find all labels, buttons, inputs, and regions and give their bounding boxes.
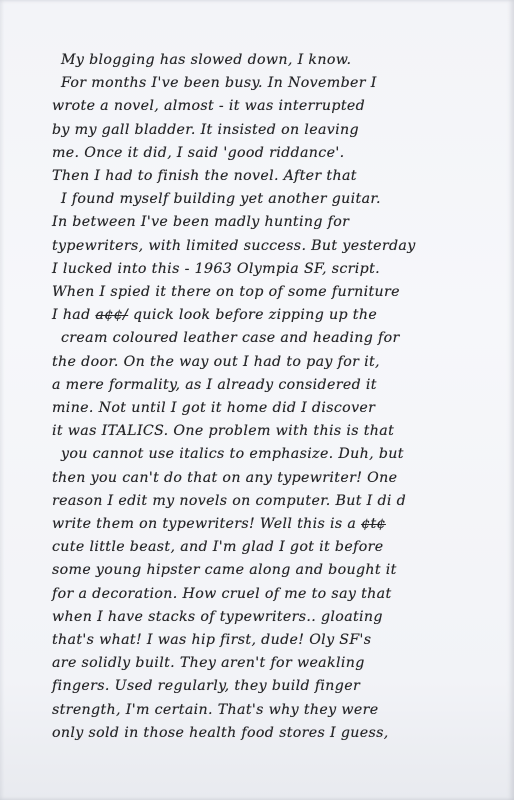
line-text: write them on typewriters! Well this is … [52, 516, 361, 532]
text-line: cream coloured leather case and heading … [61, 330, 400, 346]
text-line: are solidly built. They aren't for weakl… [52, 655, 365, 671]
text-line: mine. Not until I got it home did I disc… [52, 400, 375, 416]
text-line: typewriters, with limited success. But y… [52, 238, 416, 254]
text-line: it was ITALICS. One problem with this is… [52, 423, 394, 439]
text-line: fingers. Used regularly, they build fing… [52, 678, 360, 694]
text-line: reason I edit my novels on computer. But… [52, 493, 406, 509]
text-line: I had a¢¢/ quick look before zipping up … [52, 307, 377, 323]
text-line: Then I had to finish the novel. After th… [52, 168, 357, 184]
text-line: then you can't do that on any typewriter… [52, 470, 397, 486]
text-line: me. Once it did, I said 'good riddance'. [52, 145, 344, 161]
line-text: quick look before zipping up the [128, 307, 377, 323]
text-line: For months I've been busy. In November I [61, 75, 377, 91]
text-line: strength, I'm certain. That's why they w… [52, 702, 378, 718]
strikeout-correction: a¢¢/ [95, 307, 128, 323]
text-line: by my gall bladder. It insisted on leavi… [52, 122, 359, 138]
text-line: some young hipster came along and bought… [52, 562, 397, 578]
strikeout-correction: ¢t¢ [361, 516, 386, 532]
text-line: a mere formality, as I already considere… [52, 377, 377, 393]
line-text: I had [52, 307, 95, 323]
typed-text-body: My blogging has slowed down, I know.For … [0, 0, 514, 800]
text-line: only sold in those health food stores I … [52, 725, 389, 741]
typewritten-page: My blogging has slowed down, I know.For … [0, 0, 514, 800]
text-line: the door. On the way out I had to pay fo… [52, 354, 380, 370]
text-line: I lucked into this - 1963 Olympia SF, sc… [52, 261, 380, 277]
text-line: when I have stacks of typewriters.. gloa… [52, 609, 383, 625]
text-line: When I spied it there on top of some fur… [52, 284, 400, 300]
text-line: wrote a novel, almost - it was interrupt… [52, 98, 365, 114]
text-line: for a decoration. How cruel of me to say… [52, 586, 392, 602]
text-line: I found myself building yet another guit… [61, 191, 381, 207]
text-line: In between I've been madly hunting for [52, 214, 349, 230]
text-line: My blogging has slowed down, I know. [61, 52, 351, 68]
text-line: you cannot use italics to emphasize. Duh… [61, 446, 404, 462]
text-line: write them on typewriters! Well this is … [52, 516, 386, 532]
text-line: that's what! I was hip first, dude! Oly … [52, 632, 371, 648]
text-line: cute little beast, and I'm glad I got it… [52, 539, 383, 555]
